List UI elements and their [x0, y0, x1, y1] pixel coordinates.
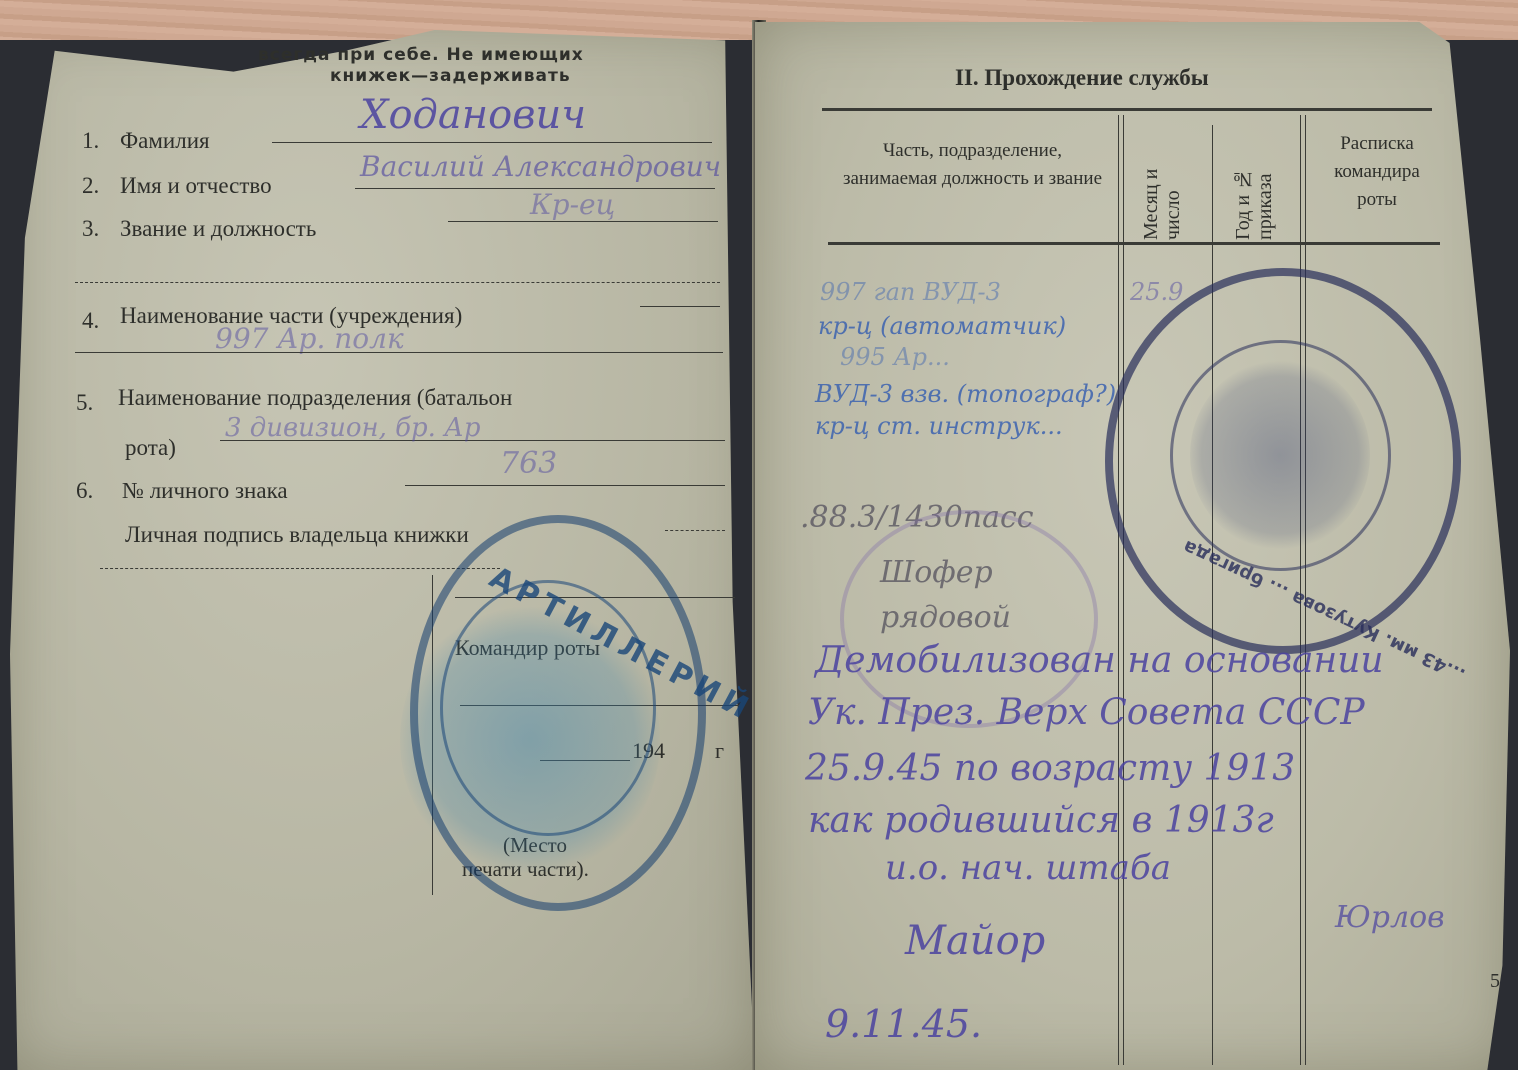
- field-subunit-label-2: рота): [125, 435, 176, 461]
- field-tag-label: № личного знака: [122, 478, 288, 504]
- field-3-number: 3.: [82, 216, 99, 242]
- demob-note-line-2: Ук. През. Верх Совета СССР: [808, 692, 1365, 733]
- demob-note-line-1: Демобилизован на основании: [815, 640, 1384, 681]
- demob-note-line-3: 25.9.45 по возрасту 1913: [805, 748, 1295, 789]
- signer-signature: Юрлов: [1335, 900, 1445, 935]
- header-torn-text: всегда при себе. Не имеющих: [258, 45, 584, 65]
- entry-line-3: 995 Ар...: [840, 343, 950, 371]
- header-text: книжек—задерживать: [330, 66, 571, 86]
- field-name-value: Василий Александрович: [360, 150, 721, 183]
- field-tag-value: 763: [500, 446, 557, 481]
- field-rank-value: Кр-ец: [530, 188, 615, 221]
- column-header-signature: Расписка командира роты: [1312, 130, 1442, 214]
- field-2-number: 2.: [82, 173, 99, 199]
- entry-line-2: кр-ц (автоматчик): [818, 312, 1066, 340]
- page-number: 5: [1490, 970, 1500, 993]
- column-header-unit: Часть, подразделение, занимаемая должнос…: [835, 137, 1110, 193]
- column-header-order: Год и № приказа: [1232, 125, 1276, 240]
- field-rank-label: Звание и должность: [120, 216, 316, 242]
- field-surname-label: Фамилия: [120, 128, 210, 154]
- entry-line-5: кр-ц ст. инструк...: [815, 412, 1063, 440]
- signer-title: и.о. нач. штаба: [885, 848, 1171, 888]
- field-1-number: 1.: [82, 128, 99, 154]
- signature-label: Личная подпись владельца книжки: [125, 522, 469, 548]
- field-subunit-value: 3 дивизион, бр. Ар: [225, 413, 481, 443]
- demob-note-line-4: как родившийся в 1913г: [808, 800, 1274, 841]
- field-subunit-label: Наименование подразделения (батальон: [118, 385, 512, 411]
- entry-line-4: ВУД-3 взв. (топограф?): [815, 380, 1116, 408]
- commander-date-suffix: г: [715, 738, 724, 764]
- field-unit-value: 997 Ар. полк: [215, 322, 404, 355]
- column-header-date: Месяц и число: [1140, 130, 1184, 240]
- field-4-number: 4.: [82, 308, 99, 334]
- field-5-number: 5.: [76, 390, 93, 416]
- entry-date: 25.9: [1130, 278, 1183, 306]
- field-name-label: Имя и отчество: [120, 173, 272, 199]
- field-6-number: 6.: [76, 478, 93, 504]
- entry-line-1: 997 гап ВУД-3: [820, 278, 1001, 306]
- section-title: II. Прохождение службы: [955, 65, 1209, 91]
- field-surname-value: Ходанович: [360, 92, 586, 138]
- signer-rank: Майор: [905, 918, 1045, 964]
- sign-date: 9.11.45.: [825, 1002, 982, 1046]
